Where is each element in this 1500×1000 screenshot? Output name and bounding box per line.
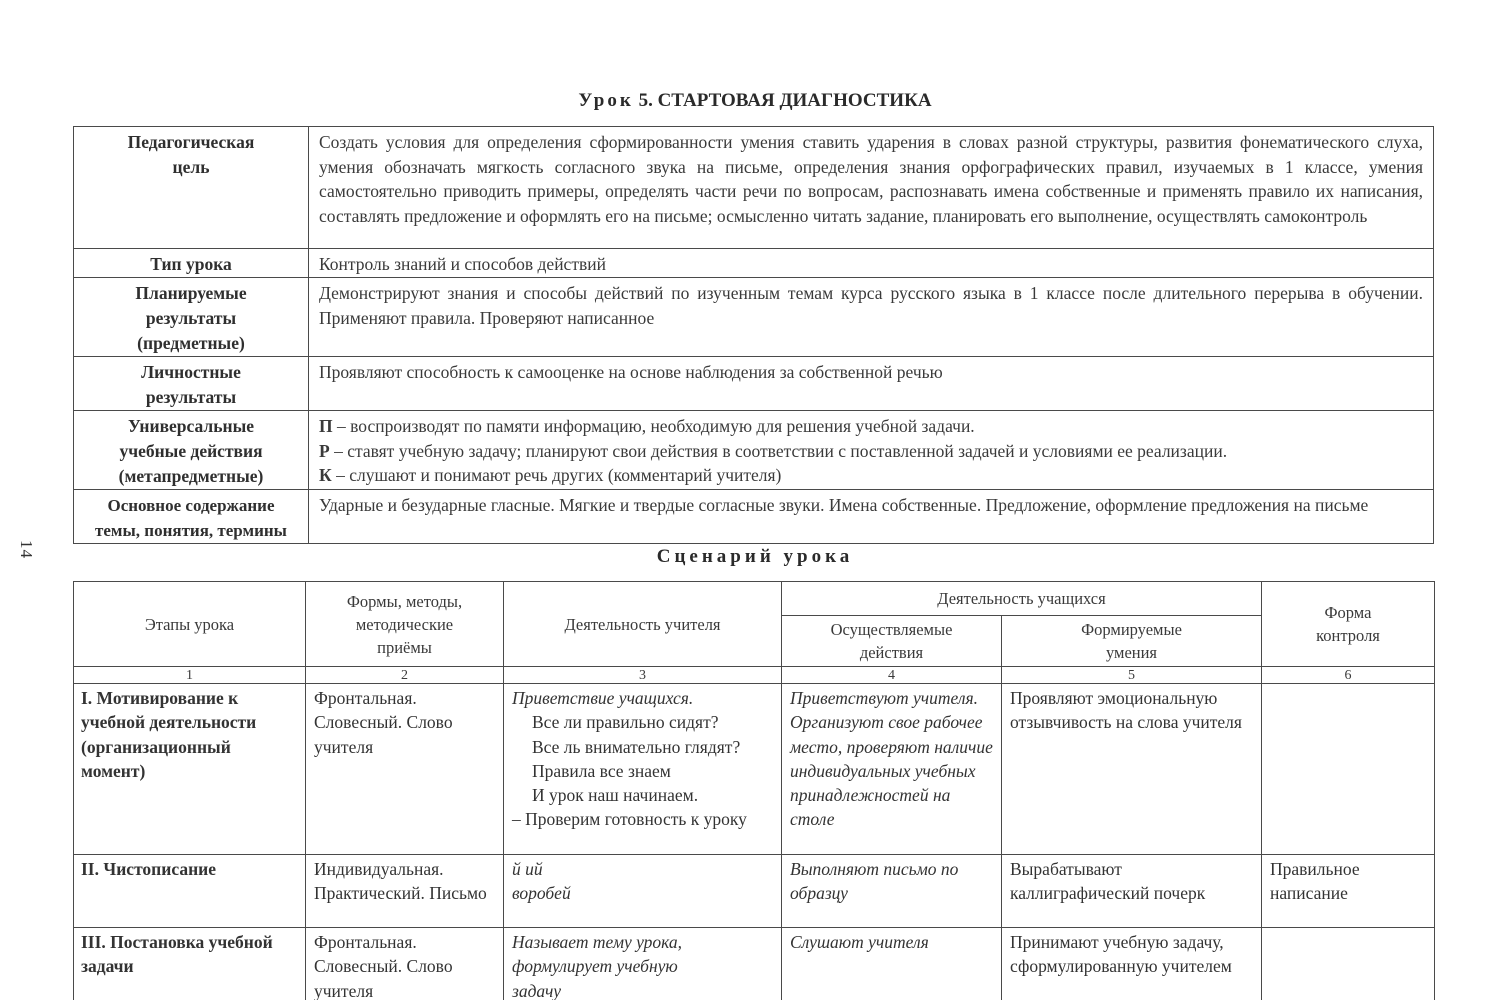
table-row: II. Чистописание Индивидуальная. Практич… xyxy=(74,855,1435,928)
teacher-line: й ий xyxy=(512,857,773,881)
header-stages: Этапы урока xyxy=(74,582,306,667)
info-label: Основное содержание темы, понятия, терми… xyxy=(74,490,309,544)
skills-cell: Принимают учебную задачу, сформулированн… xyxy=(1002,928,1262,1000)
header-skills: Формируемые умения xyxy=(1002,616,1262,667)
header-control: Форма контроля xyxy=(1262,582,1435,667)
header-students: Деятельность учащихся xyxy=(782,582,1262,616)
header-line: приёмы xyxy=(377,638,432,657)
info-label: Личностные результаты xyxy=(74,357,309,411)
poem-line: Все ли правильно сидят? xyxy=(512,710,773,734)
info-label: Тип урока xyxy=(74,249,309,278)
label-line: Планируемые xyxy=(135,283,246,303)
lesson-title-prefix: Урок xyxy=(578,90,633,111)
column-number: 3 xyxy=(504,667,782,684)
teacher-line: воробей xyxy=(512,881,773,905)
control-cell: Правильное написание xyxy=(1262,855,1435,928)
header-teacher: Деятельность учителя xyxy=(504,582,782,667)
header-line: Осуществляемые xyxy=(831,620,953,639)
lesson-scenario-table: Этапы урока Формы, методы, методические … xyxy=(73,581,1435,1000)
info-value: Проявляют способность к самооценке на ос… xyxy=(309,357,1434,411)
actions-cell: Приветствуют учителя. Организуют свое ра… xyxy=(782,684,1002,855)
info-value: Ударные и безударные гласные. Мягкие и т… xyxy=(309,490,1434,544)
info-value: Контроль знаний и способов действий xyxy=(309,249,1434,278)
info-value: Демонстрируют знания и способы действий … xyxy=(309,278,1434,357)
header-line: Формы, методы, xyxy=(347,592,462,611)
uud-key: К xyxy=(319,465,332,485)
poem-line: И урок наш начинаем. xyxy=(512,783,773,807)
uud-text: – ставят учебную задачу; планируют свои … xyxy=(330,441,1227,461)
teacher-cell: Приветствие учащихся. Все ли правильно с… xyxy=(504,684,782,855)
label-line: темы, понятия, термины xyxy=(95,521,287,540)
forms-cell: Фронтальная. Словесный. Слово учителя xyxy=(306,684,504,855)
teacher-intro: Приветствие учащихся. xyxy=(512,686,773,710)
actions-cell: Выполняют письмо по образцу xyxy=(782,855,1002,928)
header-row-top: Этапы урока Формы, методы, методические … xyxy=(74,582,1435,616)
column-number: 5 xyxy=(1002,667,1262,684)
header-line: Форма xyxy=(1325,603,1372,622)
column-number: 1 xyxy=(74,667,306,684)
label-line: цель xyxy=(173,157,210,177)
table-row: III. Постановка учебной задачи Фронтальн… xyxy=(74,928,1435,1000)
uud-text: – воспроизводят по памяти информацию, не… xyxy=(333,416,975,436)
label-line: результаты xyxy=(146,387,236,407)
info-value: П – воспроизводят по памяти информацию, … xyxy=(309,411,1434,490)
scenario-title: Сценарий урока xyxy=(0,546,1500,568)
info-value: Создать условия для определения сформиро… xyxy=(309,127,1434,249)
control-cell xyxy=(1262,928,1435,1000)
info-label: Педагогическая цель xyxy=(74,127,309,249)
uud-key: Р xyxy=(319,441,330,461)
teacher-cell: й ий воробей xyxy=(504,855,782,928)
uud-item-r: Р – ставят учебную задачу; планируют сво… xyxy=(319,439,1423,464)
header-actions: Осуществляемые действия xyxy=(782,616,1002,667)
header-line: контроля xyxy=(1316,626,1380,645)
label-line: (предметные) xyxy=(137,333,245,353)
info-row-personal-results: Личностные результаты Проявляют способно… xyxy=(74,357,1434,411)
info-label: Универсальные учебные действия (метапред… xyxy=(74,411,309,490)
control-cell xyxy=(1262,684,1435,855)
skills-cell: Вырабатывают каллиграфический почерк xyxy=(1002,855,1262,928)
info-row-planned-results: Планируемые результаты (предметные) Демо… xyxy=(74,278,1434,357)
info-label: Планируемые результаты (предметные) xyxy=(74,278,309,357)
uud-item-p: П – воспроизводят по памяти информацию, … xyxy=(319,414,1423,439)
header-line: Формируемые xyxy=(1081,620,1182,639)
column-number: 6 xyxy=(1262,667,1435,684)
lesson-title: Урок 5. СТАРТОВАЯ ДИАГНОСТИКА xyxy=(0,90,1500,112)
uud-text: – слушают и понимают речь других (коммен… xyxy=(332,465,782,485)
teacher-cell: Называет тему урока, формулирует учебную… xyxy=(504,928,782,1000)
table-row: I. Мотивирование к учебной деятельности … xyxy=(74,684,1435,855)
lesson-info-table: Педагогическая цель Создать условия для … xyxy=(73,126,1434,544)
teacher-outro: – Проверим готовность к уроку xyxy=(512,807,773,831)
info-row-main-content: Основное содержание темы, понятия, терми… xyxy=(74,490,1434,544)
actions-cell: Слушают учителя xyxy=(782,928,1002,1000)
label-line: Личностные xyxy=(141,362,241,382)
label-line: (метапредметные) xyxy=(119,466,264,486)
teacher-line: формулирует учебную xyxy=(512,954,773,978)
info-row-lesson-type: Тип урока Контроль знаний и способов дей… xyxy=(74,249,1434,278)
column-number: 4 xyxy=(782,667,1002,684)
forms-cell: Фронтальная. Словесный. Слово учителя xyxy=(306,928,504,1000)
header-line: умения xyxy=(1106,643,1157,662)
info-row-universal-actions: Универсальные учебные действия (метапред… xyxy=(74,411,1434,490)
header-forms: Формы, методы, методические приёмы xyxy=(306,582,504,667)
poem-line: Все ль внимательно глядят? xyxy=(512,735,773,759)
stage-cell: II. Чистописание xyxy=(74,855,306,928)
teacher-line: Называет тему урока, xyxy=(512,930,773,954)
label-line: результаты xyxy=(146,308,236,328)
label-line: Педагогическая xyxy=(128,132,255,152)
label-line: Основное содержание xyxy=(107,496,274,515)
forms-cell: Индивидуальная. Практический. Письмо xyxy=(306,855,504,928)
info-row-goal: Педагогическая цель Создать условия для … xyxy=(74,127,1434,249)
uud-item-k: К – слушают и понимают речь других (комм… xyxy=(319,463,1423,488)
column-number-row: 1 2 3 4 5 6 xyxy=(74,667,1435,684)
column-number: 2 xyxy=(306,667,504,684)
header-line: методические xyxy=(356,615,453,634)
stage-cell: I. Мотивирование к учебной деятельности … xyxy=(74,684,306,855)
skills-cell: Проявляют эмоциональную отзывчивость на … xyxy=(1002,684,1262,855)
label-line: Универсальные xyxy=(128,416,254,436)
header-line: действия xyxy=(860,643,923,662)
teacher-line: задачу xyxy=(512,979,773,1000)
uud-key: П xyxy=(319,416,333,436)
poem-line: Правила все знаем xyxy=(512,759,773,783)
label-line: учебные действия xyxy=(119,441,262,461)
stage-cell: III. Постановка учебной задачи xyxy=(74,928,306,1000)
lesson-title-text: 5. СТАРТОВАЯ ДИАГНОСТИКА xyxy=(634,90,932,111)
